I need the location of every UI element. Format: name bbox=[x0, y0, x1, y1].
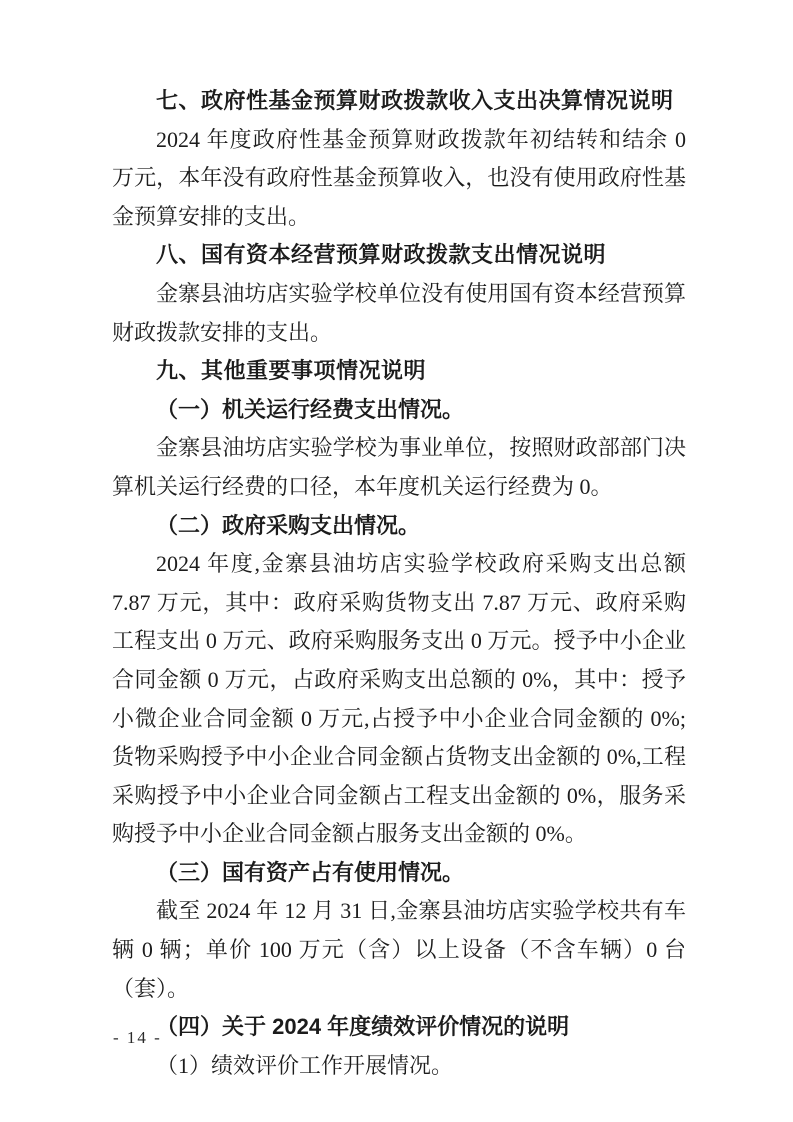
paragraph-agency-operating-expense: 金寨县油坊店实验学校为事业单位，按照财政部部门决算机关运行经费的口径，本年度机关… bbox=[112, 429, 686, 506]
document-page: 七、政府性基金预算财政拨款收入支出决算情况说明 2024 年度政府性基金预算财政… bbox=[0, 0, 793, 1122]
section-heading-other-matters: 九、其他重要事项情况说明 bbox=[112, 352, 686, 391]
subheading-gov-procurement: （二）政府采购支出情况。 bbox=[112, 507, 686, 546]
paragraph-state-asset-usage: 截至 2024 年 12 月 31 日,金寨县油坊店实验学校共有车辆 0 辆；单… bbox=[112, 892, 686, 1008]
subheading-agency-operating-expense: （一）机关运行经费支出情况。 bbox=[112, 391, 686, 430]
paragraph-state-capital-budget: 金寨县油坊店实验学校单位没有使用国有资本经营预算财政拨款安排的支出。 bbox=[112, 275, 686, 352]
section-heading-state-capital-budget: 八、国有资本经营预算财政拨款支出情况说明 bbox=[112, 236, 686, 275]
paragraph-gov-procurement: 2024 年度,金寨县油坊店实验学校政府采购支出总额 7.87 万元，其中：政府… bbox=[112, 545, 686, 854]
document-content: 七、政府性基金预算财政拨款收入支出决算情况说明 2024 年度政府性基金预算财政… bbox=[112, 82, 686, 1085]
page-number: - 14 - bbox=[113, 1028, 162, 1048]
section-heading-gov-fund-budget: 七、政府性基金预算财政拨款收入支出决算情况说明 bbox=[112, 82, 686, 121]
subheading-state-asset-usage: （三）国有资产占有使用情况。 bbox=[112, 854, 686, 893]
paragraph-gov-fund-budget: 2024 年度政府性基金预算财政拨款年初结转和结余 0 万元，本年没有政府性基金… bbox=[112, 121, 686, 237]
subheading-performance-evaluation: （四）关于 2024 年度绩效评价情况的说明 bbox=[112, 1008, 686, 1047]
paragraph-performance-evaluation: （1）绩效评价工作开展情况。 bbox=[112, 1047, 686, 1086]
